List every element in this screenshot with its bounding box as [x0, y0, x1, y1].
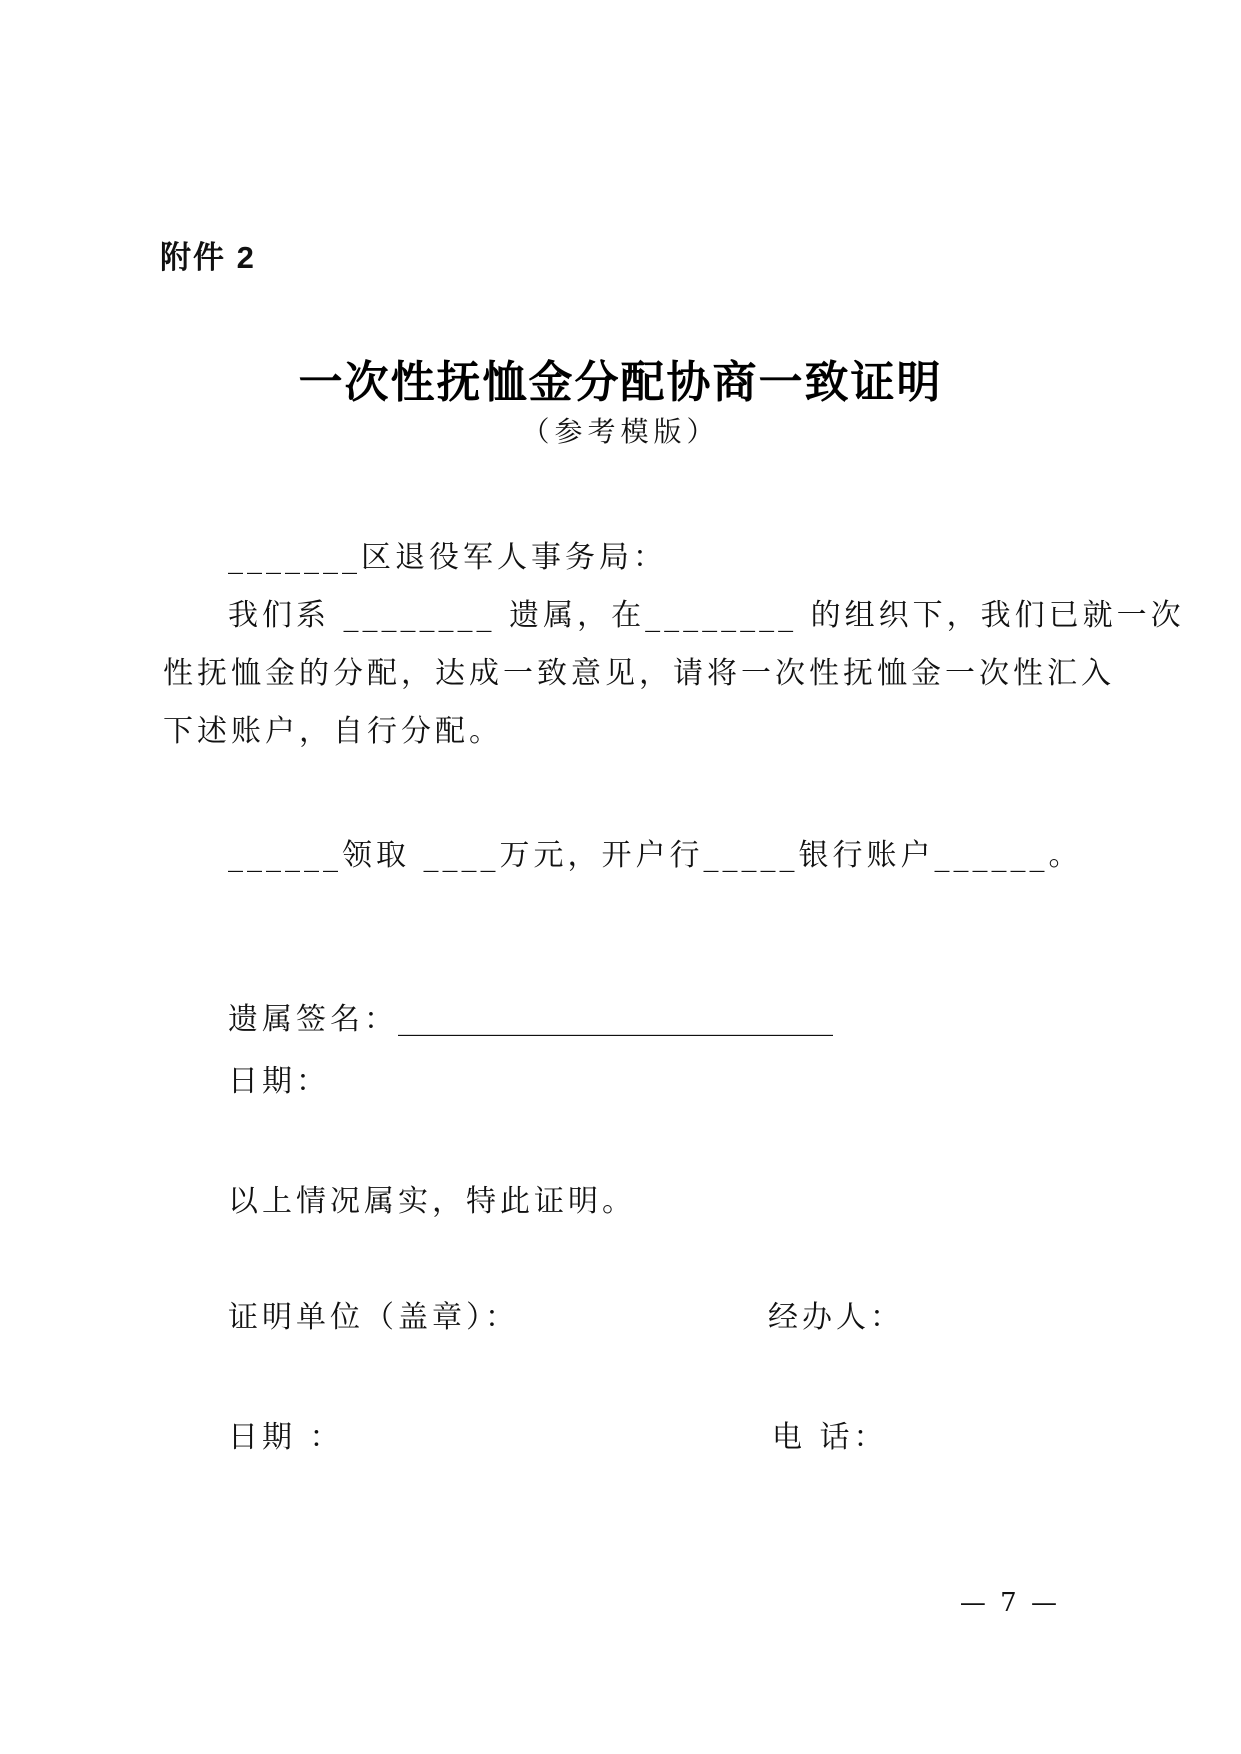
paragraph-line: 下述账户，自行分配。 — [163, 706, 503, 750]
page-number: — 7 — — [0, 1588, 1060, 1618]
handler-label: 经办人： — [768, 1292, 904, 1336]
signature-label: 遗属签名： — [228, 1002, 398, 1037]
statement-line: 以上情况属实，特此证明。 — [228, 1176, 636, 1220]
paragraph-line: 性抚恤金的分配，达成一致意见，请将一次性抚恤金一次性汇入 — [163, 648, 1115, 692]
document-page: 附件 2 一次性抚恤金分配协商一致证明 （参考模版） _______区退役军人事… — [0, 0, 1241, 1754]
salutation-line: _______区退役军人事务局： — [228, 532, 667, 576]
certify-unit-label: 证明单位（盖章）： — [228, 1292, 519, 1336]
phone-label: 电 话： — [772, 1412, 888, 1456]
document-subtitle: （参考模版） — [0, 410, 1241, 450]
date-label: 日期 ： — [228, 1412, 344, 1456]
date-label: 日期： — [228, 1056, 330, 1100]
attachment-label: 附件 2 — [160, 232, 256, 277]
signature-blank-line: _____________________________ — [398, 1002, 833, 1037]
document-title: 一次性抚恤金分配协商一致证明 — [0, 346, 1241, 410]
allocation-line: ______领取 ____万元，开户行_____银行账户______。 — [228, 830, 1083, 874]
signature-row: 遗属签名：_____________________________ — [228, 994, 833, 1038]
paragraph-line: 我们系 ________ 遗属，在________ 的组织下，我们已就一次 — [228, 590, 1185, 634]
